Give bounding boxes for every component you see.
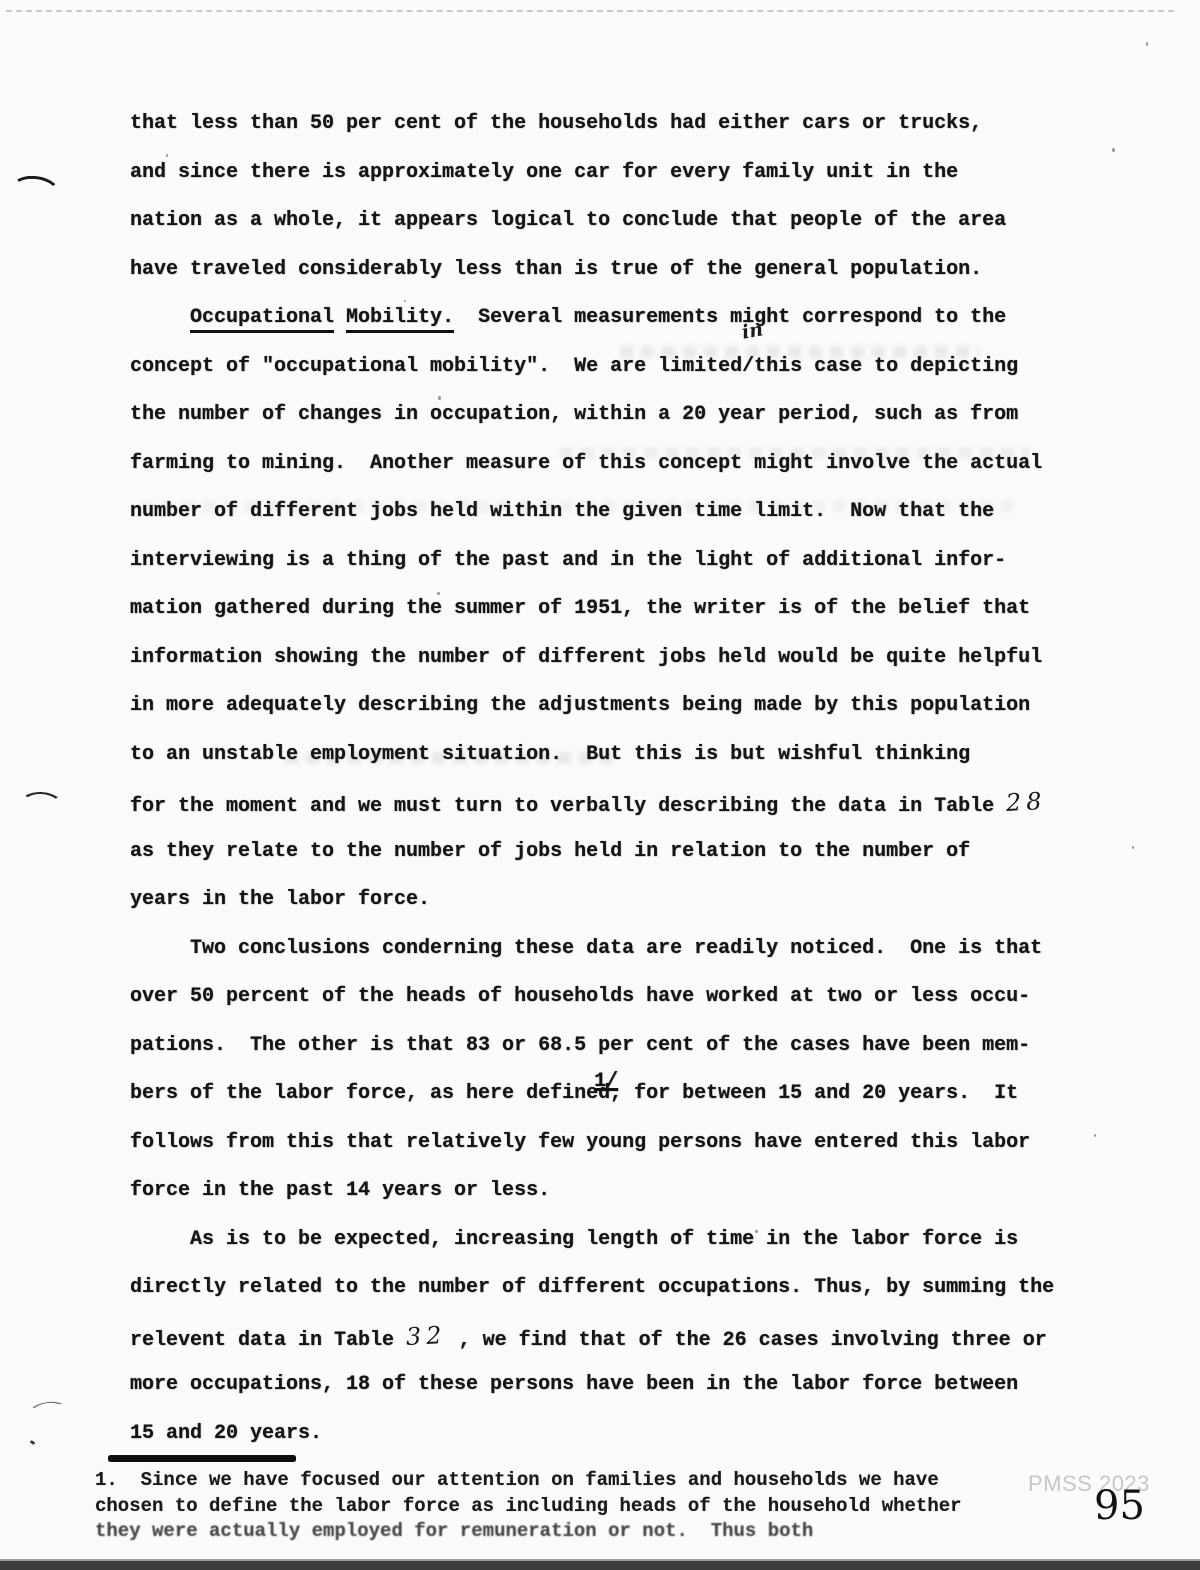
scan-speck — [1132, 846, 1134, 849]
scanned-document-page: that less than 50 per cent of the househ… — [0, 0, 1200, 1570]
insertion-slash: / — [742, 355, 754, 378]
scan-edge-line — [6, 10, 1174, 12]
handwritten-table-number: 28 — [1005, 777, 1048, 828]
scan-speck — [1094, 1134, 1096, 1137]
line-text: this case to depicting — [754, 355, 1018, 378]
section-heading-underlined: Occupational — [190, 306, 334, 333]
handwritten-insertion: in — [741, 320, 765, 342]
line-text: concept of "occupational mobility". We a… — [130, 355, 742, 378]
line-text: , we find that of the 26 cases involving… — [447, 1329, 1047, 1352]
text-line: to an unstable employment situation. But… — [130, 731, 1070, 780]
footnote-line: 1. Since we have focused our attention o… — [95, 1468, 1095, 1494]
text-line: concept of "occupational mobility". We a… — [130, 343, 1070, 392]
line-text: relevent data in Table — [130, 1329, 406, 1352]
text-line: in more adequately describing the adjust… — [130, 682, 1070, 731]
footnote-separator-rule — [108, 1455, 296, 1462]
text-line: as they relate to the number of jobs hel… — [130, 828, 1070, 877]
scan-speck — [1146, 42, 1148, 46]
text-line: bers of the labor force, as here defined… — [130, 1070, 1070, 1119]
line-text: for the moment and we must turn to verba… — [130, 795, 1006, 818]
text-line: number of different jobs held within the… — [130, 488, 1070, 537]
text-line: mation gathered during the summer of 195… — [130, 585, 1070, 634]
text-line: pations. The other is that 83 or 68.5 pe… — [130, 1022, 1070, 1071]
pen-dot-mark — [30, 1440, 36, 1445]
scanner-edge-band — [0, 1559, 1200, 1570]
text-line: have traveled considerably less than is … — [130, 246, 1070, 295]
handwritten-table-number: 32 — [405, 1310, 448, 1361]
footnote-reference-marker: 1/ — [594, 1072, 618, 1092]
text-line: more occupations, 18 of these persons ha… — [130, 1361, 1070, 1410]
line-text: bers of the labor force, as here defined… — [130, 1082, 622, 1105]
text-line: relevent data in Table 32 , we find that… — [130, 1313, 1070, 1362]
typewritten-text-block: that less than 50 per cent of the househ… — [130, 100, 1070, 1458]
text-line: As is to be expected, increasing length … — [130, 1216, 1070, 1265]
text-line: Two conclusions conderning these data ar… — [130, 925, 1070, 974]
scan-speck — [1112, 148, 1115, 152]
pen-arc-mark — [22, 1399, 76, 1440]
text-line: farming to mining. Another measure of th… — [130, 440, 1070, 489]
text-line: 15 and 20 years. — [130, 1410, 1070, 1459]
text-line: and since there is approximately one car… — [130, 149, 1070, 198]
pen-arc-mark — [8, 173, 62, 211]
text-line: directly related to the number of differ… — [130, 1264, 1070, 1313]
text-line: information showing the number of differ… — [130, 634, 1070, 683]
text-line: interviewing is a thing of the past and … — [130, 537, 1070, 586]
line-text: for between 15 and 20 years. It — [622, 1082, 1018, 1105]
text-line: over 50 percent of the heads of househol… — [130, 973, 1070, 1022]
caret-insertion-wrap: /in — [742, 343, 754, 392]
footnote-line: they were actually employed for remunera… — [95, 1519, 1095, 1545]
text-line: for the moment and we must turn to verba… — [130, 779, 1070, 828]
text-line: that less than 50 per cent of the househ… — [130, 100, 1070, 149]
heading-space — [334, 306, 346, 329]
heading-rest-text: Several measurements might correspond to… — [454, 306, 1006, 329]
footnote-line: chosen to define the labor force as incl… — [95, 1494, 1095, 1520]
page-number: 95 — [1094, 1486, 1145, 1526]
text-line: force in the past 14 years or less. — [130, 1167, 1070, 1216]
text-line: the number of changes in occupation, wit… — [130, 391, 1070, 440]
pen-arc-mark — [17, 791, 65, 824]
text-line: nation as a whole, it appears logical to… — [130, 197, 1070, 246]
section-heading-underlined: Mobility. — [346, 306, 454, 333]
footnote-block: 1. Since we have focused our attention o… — [95, 1468, 1095, 1545]
text-line: follows from this that relatively few yo… — [130, 1119, 1070, 1168]
text-line: years in the labor force. — [130, 876, 1070, 925]
text-line-heading: Occupational Mobility. Several measureme… — [130, 294, 1070, 343]
